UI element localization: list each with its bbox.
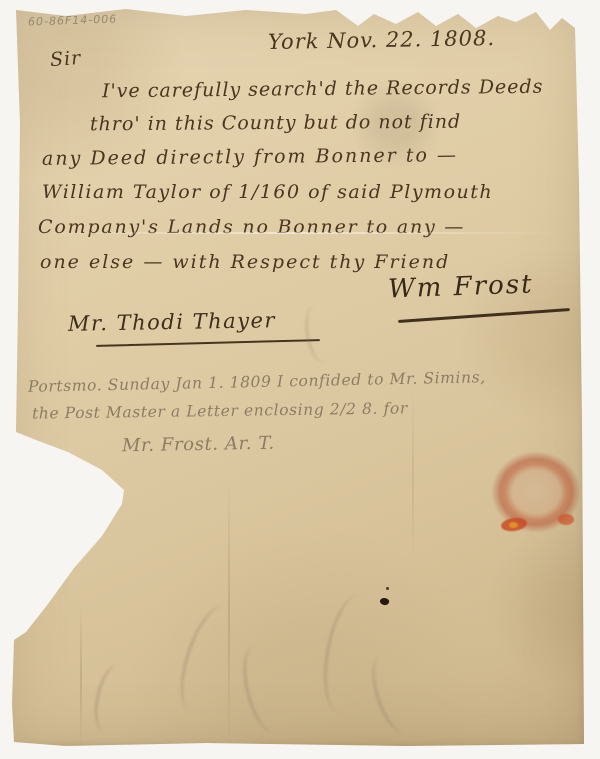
- bleed-through-writing: [301, 302, 340, 366]
- addressee: Mr. Thodi Thayer: [68, 308, 276, 336]
- wax-seal-fragment: [509, 522, 518, 528]
- catalog-number: 60-86F14-006: [28, 12, 118, 28]
- bleed-through-writing: [236, 641, 294, 737]
- body-line: any Deed directly from Bonner to —: [42, 144, 458, 170]
- fold-crease: [80, 604, 82, 750]
- ink-blot: [379, 597, 390, 607]
- postscript-line: Portsmo. Sunday Jan 1. 1809 I confided t…: [28, 368, 486, 396]
- bleed-through-writing: [364, 651, 420, 737]
- ink-speck: [386, 587, 389, 590]
- signature-flourish: [398, 308, 570, 323]
- postscript-line: Mr. Frost. Ar. T.: [122, 433, 275, 457]
- body-line: thro' in this County but do not find: [90, 111, 461, 136]
- signature: Wm Frost: [388, 269, 535, 304]
- bleed-through-writing: [170, 600, 245, 718]
- postscript-line: the Post Master a Letter enclosing 2/2 8…: [32, 399, 408, 422]
- fold-crease: [26, 232, 566, 234]
- wax-seal-fragment: [558, 514, 574, 525]
- dateline: York Nov. 22. 1808.: [268, 26, 495, 54]
- body-line: one else — with Respect thy Friend: [40, 251, 450, 273]
- body-line: Company's Lands no Bonner to any —: [38, 216, 465, 238]
- letter-paper: 60-86F14-006 York Nov. 22. 1808. Sir I'v…: [6, 4, 584, 746]
- bleed-through-writing: [316, 591, 383, 717]
- addressee-underline: [96, 339, 320, 347]
- scan-background: 60-86F14-006 York Nov. 22. 1808. Sir I'v…: [0, 0, 600, 759]
- bleed-through-writing: [89, 661, 136, 736]
- fold-crease: [412, 384, 414, 564]
- body-line: I've carefully search'd the Records Deed…: [102, 76, 544, 103]
- body-line: William Taylor of 1/160 of said Plymouth: [42, 181, 493, 203]
- salutation: Sir: [49, 47, 82, 71]
